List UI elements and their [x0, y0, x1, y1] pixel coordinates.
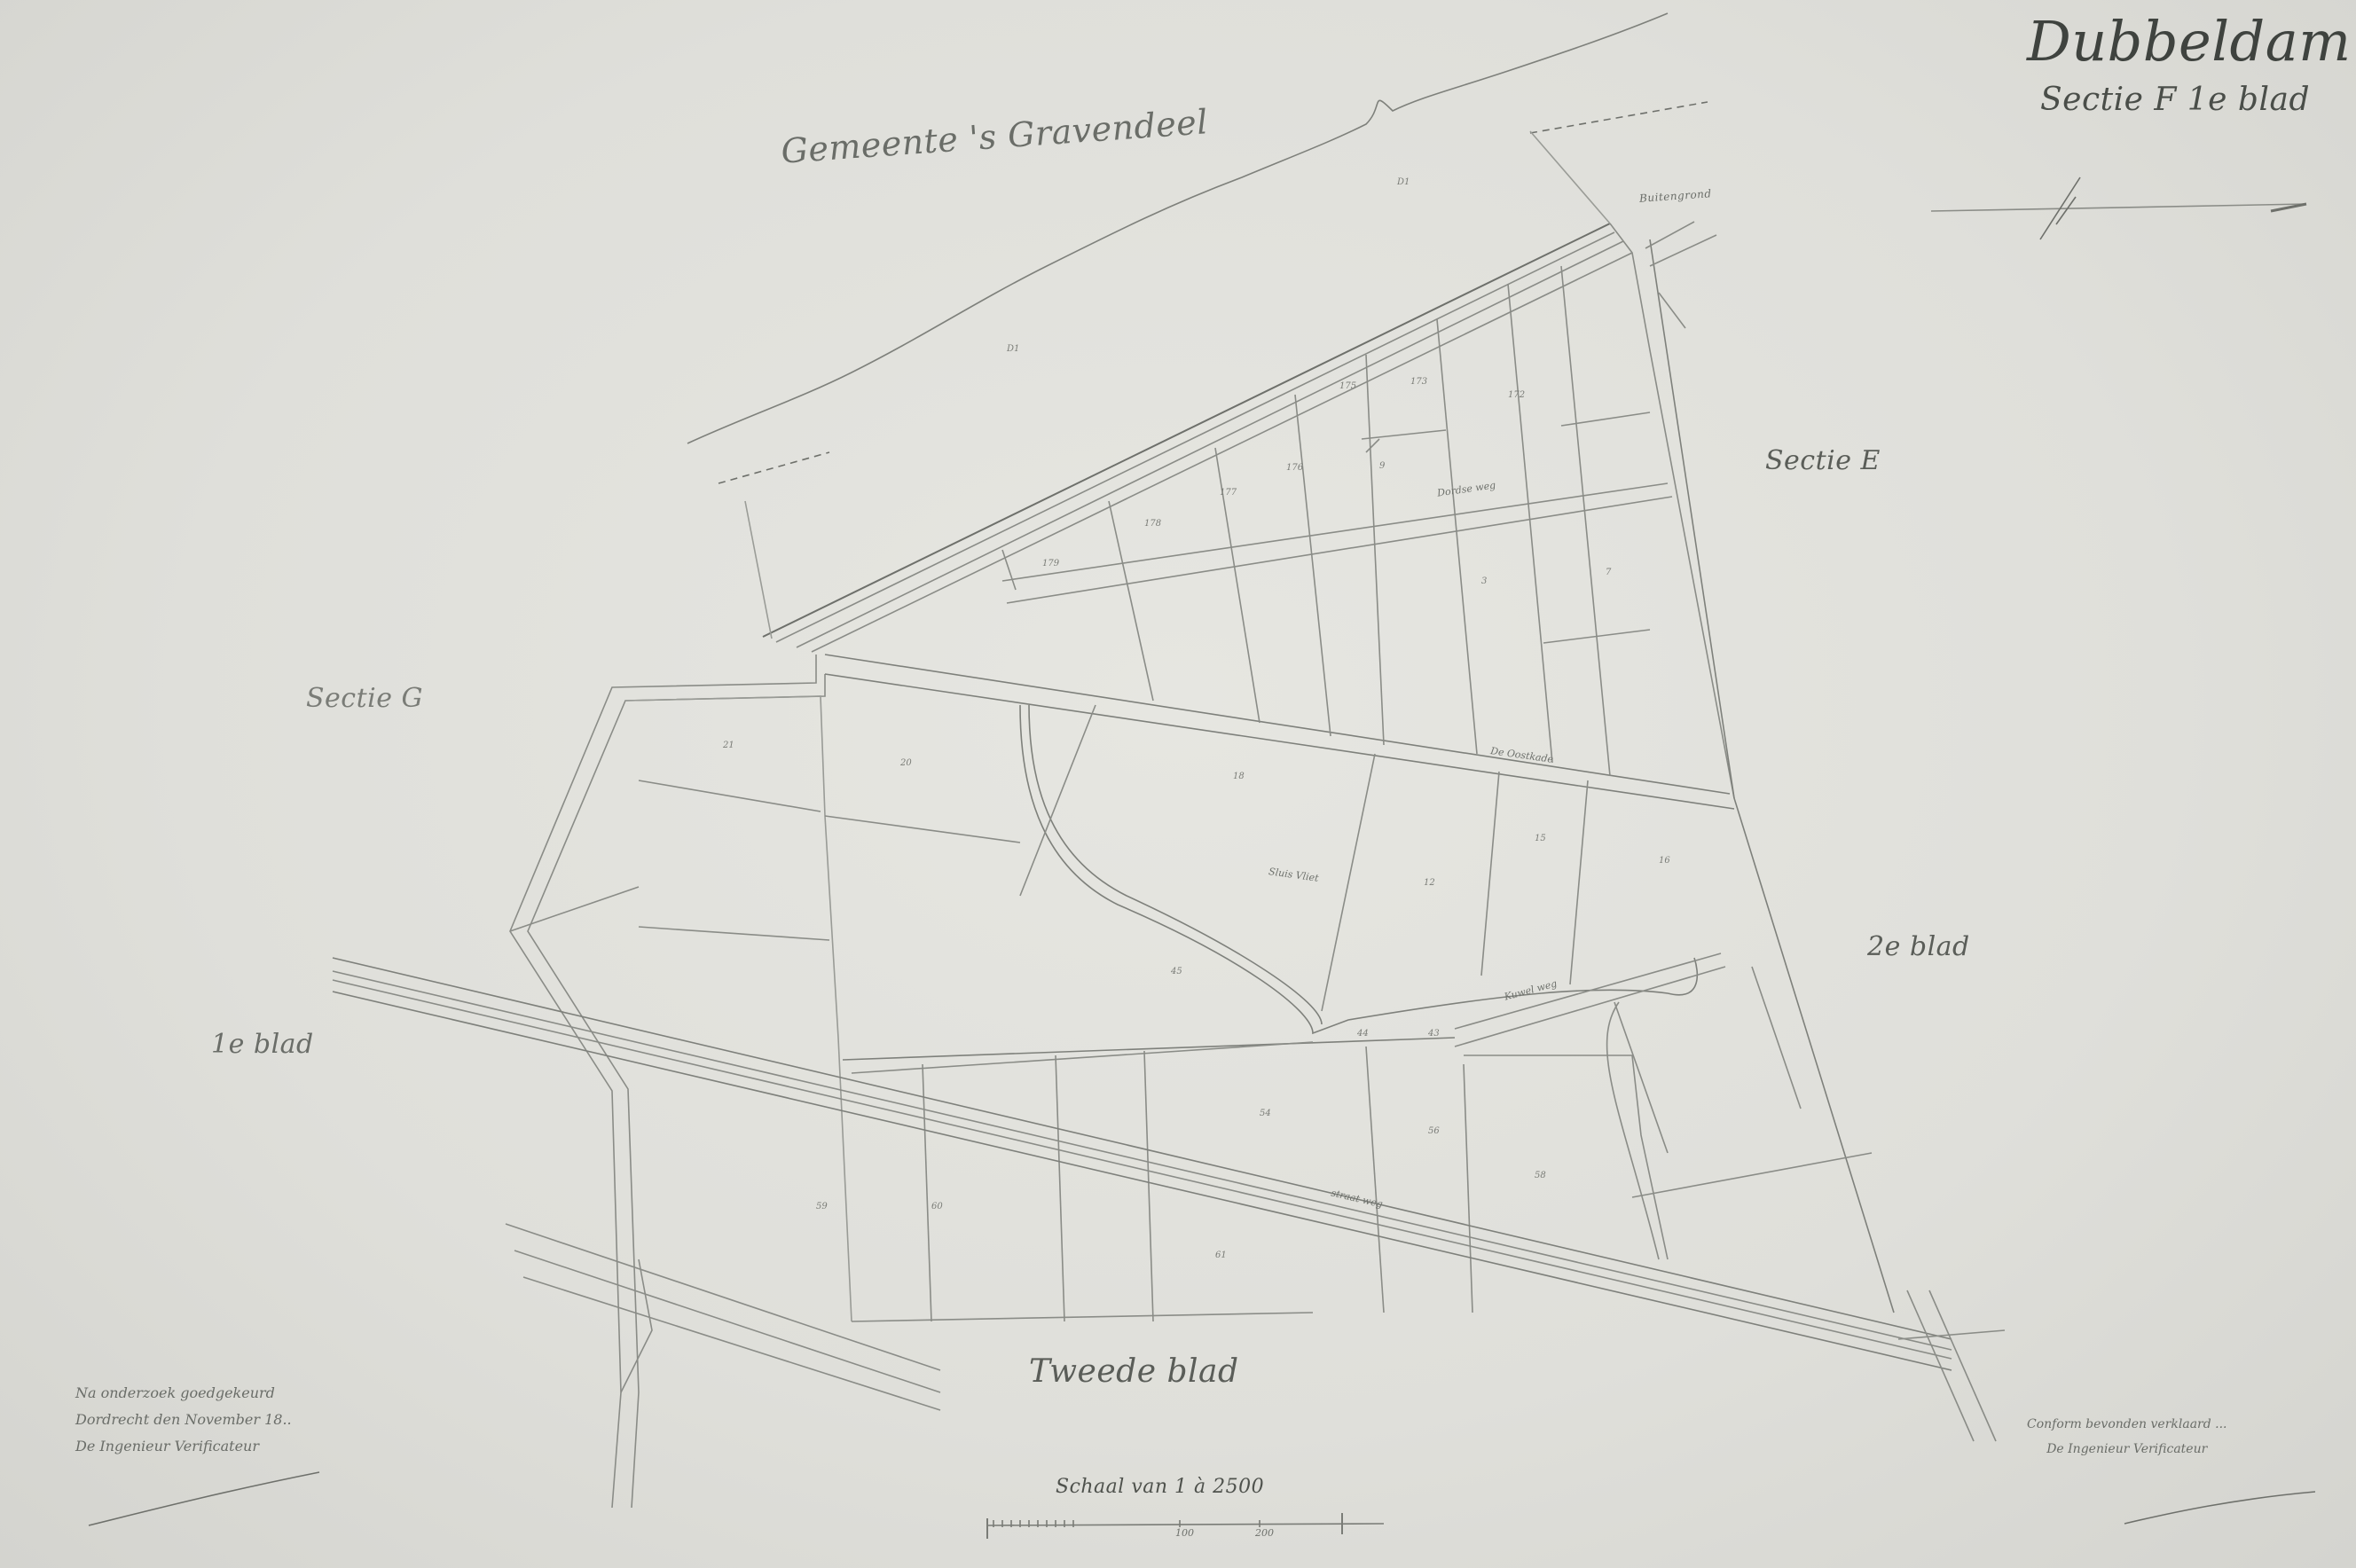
parcel-label: 175: [1339, 381, 1356, 391]
parcel-label: 7: [1606, 568, 1611, 577]
map-drawing: [0, 0, 2356, 1568]
parcel-label: 60: [931, 1202, 943, 1211]
parcel-label: 43: [1428, 1029, 1440, 1039]
label-first-sheet: 1e blad: [211, 1029, 314, 1060]
cadastral-map-sheet: Dubbeldam Sectie F 1e blad Gemeente 's G…: [0, 0, 2356, 1568]
label-tweede-blad: Tweede blad: [1029, 1353, 1239, 1390]
parcel-label: 179: [1042, 559, 1059, 568]
north-arrow-icon: [1931, 177, 2306, 239]
parcel-label: 172: [1508, 390, 1525, 400]
parcel-label: 18: [1233, 772, 1245, 781]
road-kuwel-weg: [1455, 953, 1721, 1029]
cert-left-line2: Dordrecht den November 18..: [75, 1407, 292, 1433]
parcel-label: 56: [1428, 1126, 1440, 1136]
sectie-boundary-east: [1650, 239, 1894, 1313]
river-bank: [687, 13, 1668, 443]
parcel-label: 21: [723, 741, 734, 750]
label-sectie-g: Sectie G: [306, 683, 423, 714]
direction-line-top: [1530, 102, 1708, 133]
scale-tick-label: 100: [1175, 1527, 1194, 1539]
scale-label: Schaal van 1 à 2500: [1056, 1476, 1264, 1498]
cert-left-line1: Na onderzoek goedgekeurd: [75, 1380, 292, 1407]
cert-right-line1: Conform bevonden verklaard ...: [2027, 1412, 2227, 1437]
label-sectie-e: Sectie E: [1765, 445, 1881, 476]
west-canal: [510, 655, 816, 1508]
scale-tick-label: 200: [1255, 1527, 1274, 1539]
parcel-label: D1: [1007, 344, 1019, 354]
certification-right: Conform bevonden verklaard ... De Ingeni…: [2027, 1412, 2227, 1462]
parcel-label: 59: [816, 1202, 828, 1211]
parcel-label: 16: [1659, 856, 1670, 866]
parcel-label: 176: [1286, 463, 1303, 473]
cert-left-line3: De Ingenieur Verificateur: [75, 1433, 292, 1460]
creek-sluis-vliet: [1020, 705, 1697, 1033]
parcel-label: 44: [1357, 1029, 1369, 1039]
map-title: Dubbeldam: [2027, 9, 2351, 74]
direction-line-left: [719, 452, 829, 483]
parcel-label: 45: [1171, 967, 1182, 976]
certification-left: Na onderzoek goedgekeurd Dordrecht den N…: [75, 1380, 292, 1460]
signature-right: [2124, 1492, 2315, 1524]
parcel-label: 12: [1424, 878, 1435, 888]
label-second-sheet: 2e blad: [1867, 931, 1970, 962]
signature-left: [89, 1472, 319, 1525]
parcel-label: 54: [1260, 1109, 1271, 1118]
parcel-label: 20: [900, 758, 912, 768]
canal-upper: [825, 655, 1730, 794]
parcel-label: 58: [1535, 1171, 1546, 1180]
parcel-label: 15: [1535, 834, 1546, 843]
road-straat-weg: [333, 958, 1952, 1339]
parcel-label: D1: [1397, 177, 1410, 187]
parcel-label: 177: [1220, 488, 1237, 498]
map-subtitle: Sectie F 1e blad: [2040, 82, 2310, 118]
parcel-label: 61: [1215, 1250, 1227, 1260]
cert-right-line2: De Ingenieur Verificateur: [2027, 1437, 2227, 1462]
parcel-label: 173: [1410, 377, 1427, 387]
parcel-label: 178: [1144, 519, 1161, 529]
parcel-label: 9: [1379, 461, 1385, 471]
parcel-label: 3: [1481, 576, 1487, 586]
